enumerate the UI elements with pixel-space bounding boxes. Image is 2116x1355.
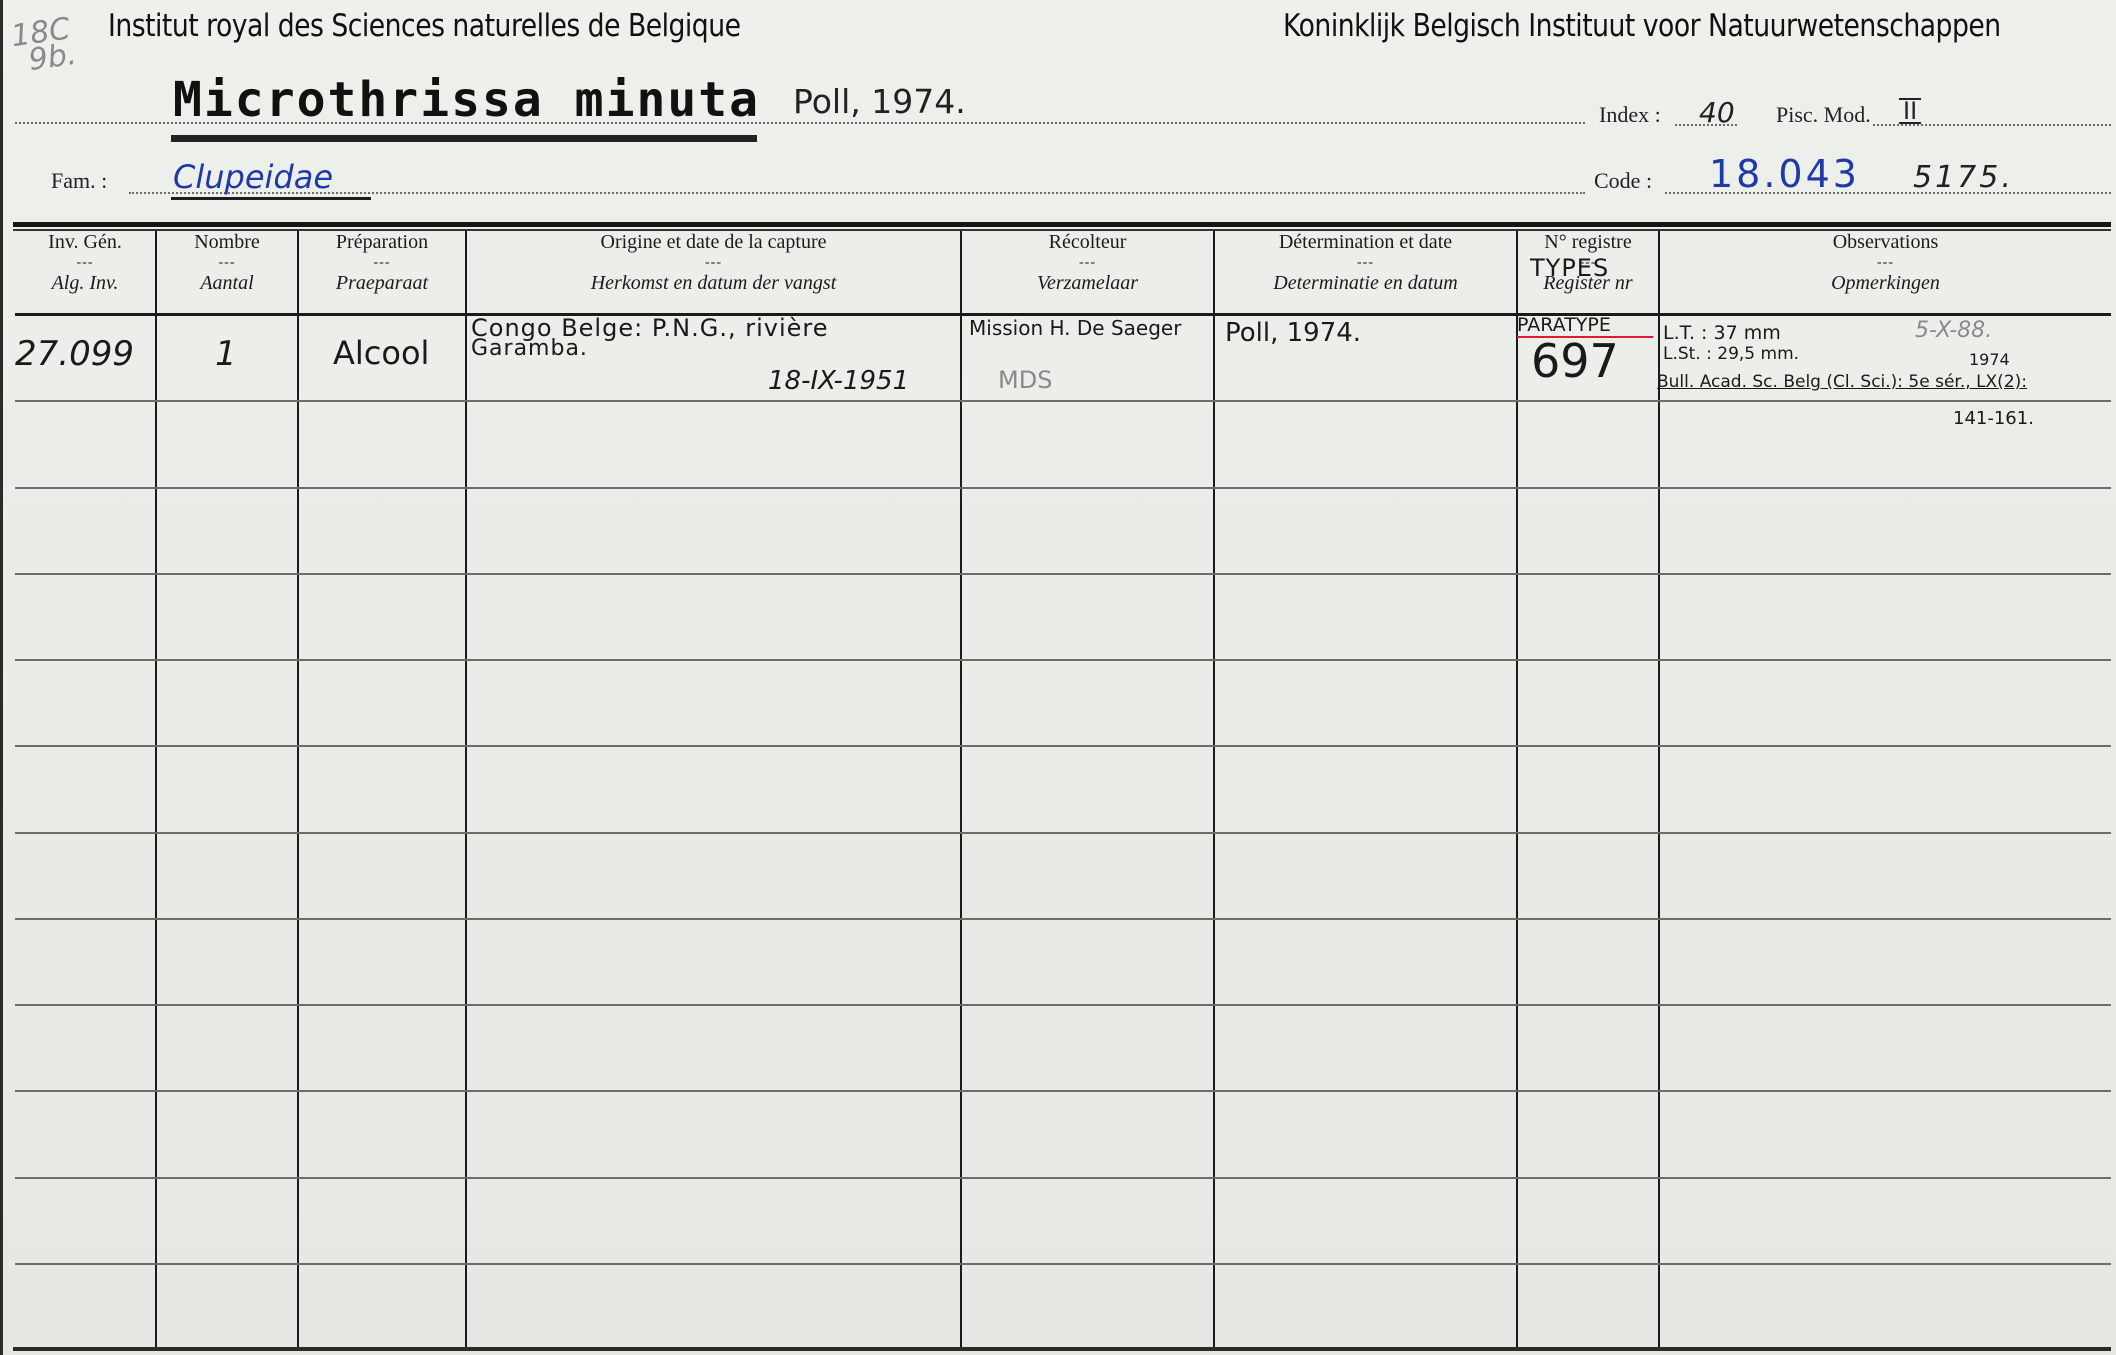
- row-separator: [15, 573, 2111, 575]
- column-header-preparation: Préparation --- Praeparaat: [299, 232, 465, 314]
- cell-nombre: 1: [215, 334, 237, 374]
- header-fr: Origine et date de la capture: [601, 231, 827, 253]
- code-value: 18.043: [1709, 152, 1860, 196]
- row-separator: [15, 918, 2111, 920]
- header-separator: ---: [962, 253, 1213, 273]
- row-separator: [15, 487, 2111, 489]
- header-nl: Alg. Inv.: [52, 272, 119, 294]
- header-separator: ---: [1660, 253, 2111, 273]
- pisc-mod-label: Pisc. Mod.: [1776, 102, 1871, 128]
- column-divider: [297, 231, 299, 1351]
- header-fr: Nombre: [194, 231, 260, 253]
- family-underline: [171, 197, 371, 200]
- column-header-observations: Observations --- Opmerkingen: [1660, 232, 2111, 314]
- cell-origine-date: 18-IX-1951: [768, 366, 909, 396]
- header-fr: N° registre: [1544, 231, 1631, 253]
- row-separator: [15, 659, 2111, 661]
- row-separator: [15, 1263, 2111, 1265]
- header-fr: Préparation: [336, 231, 428, 253]
- pencil-corner-note: 18C 9b.: [10, 16, 78, 76]
- family-label: Fam. :: [51, 168, 107, 194]
- cell-obs-ref-year: 1974: [1969, 350, 2010, 369]
- row-separator: [15, 1177, 2111, 1179]
- column-header-origine: Origine et date de la capture --- Herkom…: [467, 232, 960, 314]
- cell-obs-reference: Bull. Acad. Sc. Belg (Cl. Sci.): 5e sér.…: [1657, 372, 2027, 392]
- table-bottom-rule: [13, 1347, 2111, 1351]
- header-separator: ---: [467, 253, 960, 273]
- header-nl: Aantal: [200, 272, 253, 294]
- header-fr: Détermination et date: [1279, 231, 1452, 253]
- cell-inv-gen: 27.099: [15, 334, 134, 374]
- column-divider: [1658, 231, 1660, 1351]
- header-separator: ---: [15, 253, 155, 273]
- header-separator: ---: [1215, 253, 1516, 273]
- header-nl: Herkomst en datum der vangst: [591, 272, 837, 294]
- column-divider: [960, 231, 962, 1351]
- cell-recolteur-pencil: MDS: [998, 366, 1052, 394]
- header-fr: Observations: [1833, 231, 1939, 253]
- row-separator: [15, 832, 2111, 834]
- cell-obs-pencil-date: 5-X-88.: [1915, 318, 1992, 343]
- cell-registre-number: 697: [1531, 334, 1619, 388]
- row-separator: [15, 745, 2111, 747]
- species-name: Microthrissa minuta: [173, 72, 760, 128]
- institute-name-nl: Koninklijk Belgisch Instituut voor Natuu…: [1283, 8, 2001, 44]
- header-fr: Inv. Gén.: [48, 231, 122, 253]
- species-underline: [171, 135, 757, 142]
- code-extra: 5175.: [1913, 160, 2014, 195]
- family-dotted-line: [129, 192, 1585, 194]
- header-nl: Praeparaat: [336, 272, 428, 294]
- cell-preparation: Alcool: [333, 334, 429, 372]
- cell-obs-standard-length: L.St. : 29,5 mm.: [1663, 344, 1799, 364]
- species-author: Poll, 1974.: [793, 82, 966, 121]
- header-nl: Verzamelaar: [1037, 272, 1138, 294]
- header-nl: Opmerkingen: [1831, 272, 1940, 294]
- catalog-card: 18C 9b. Institut royal des Sciences natu…: [0, 0, 2116, 1355]
- column-header-nombre: Nombre --- Aantal: [157, 232, 297, 314]
- header-separator: ---: [157, 253, 297, 273]
- pisc-mod-value: II: [1899, 98, 1921, 124]
- registre-types-annotation: TYPES: [1530, 254, 1609, 282]
- cell-determination: Poll, 1974.: [1225, 318, 1361, 348]
- row-separator: [15, 400, 2111, 402]
- index-value: 40: [1699, 96, 1735, 129]
- institute-name-fr: Institut royal des Sciences naturelles d…: [108, 8, 740, 44]
- column-header-inv-gen: Inv. Gén. --- Alg. Inv.: [15, 232, 155, 314]
- cell-recolteur: Mission H. De Saeger: [969, 316, 1181, 340]
- column-divider: [155, 231, 157, 1351]
- header-separator: ---: [299, 253, 465, 273]
- column-header-determination: Détermination et date --- Determinatie e…: [1215, 232, 1516, 314]
- column-divider: [1516, 231, 1518, 1351]
- column-divider: [465, 231, 467, 1351]
- cell-obs-total-length: L.T. : 37 mm: [1663, 322, 1781, 344]
- header-fr: Récolteur: [1049, 231, 1127, 253]
- code-label: Code :: [1594, 168, 1652, 194]
- table-top-rule: [13, 222, 2111, 227]
- column-header-recolteur: Récolteur --- Verzamelaar: [962, 232, 1213, 314]
- header-nl: Determinatie en datum: [1273, 272, 1457, 294]
- row-separator: [15, 1004, 2111, 1006]
- family-value: Clupeidae: [173, 158, 333, 196]
- row-separator: [15, 1090, 2111, 1092]
- index-label: Index :: [1599, 102, 1661, 128]
- cell-obs-ref-pages: 141-161.: [1953, 408, 2034, 429]
- column-divider: [1213, 231, 1215, 1351]
- cell-origine-line2: Garamba.: [471, 336, 588, 361]
